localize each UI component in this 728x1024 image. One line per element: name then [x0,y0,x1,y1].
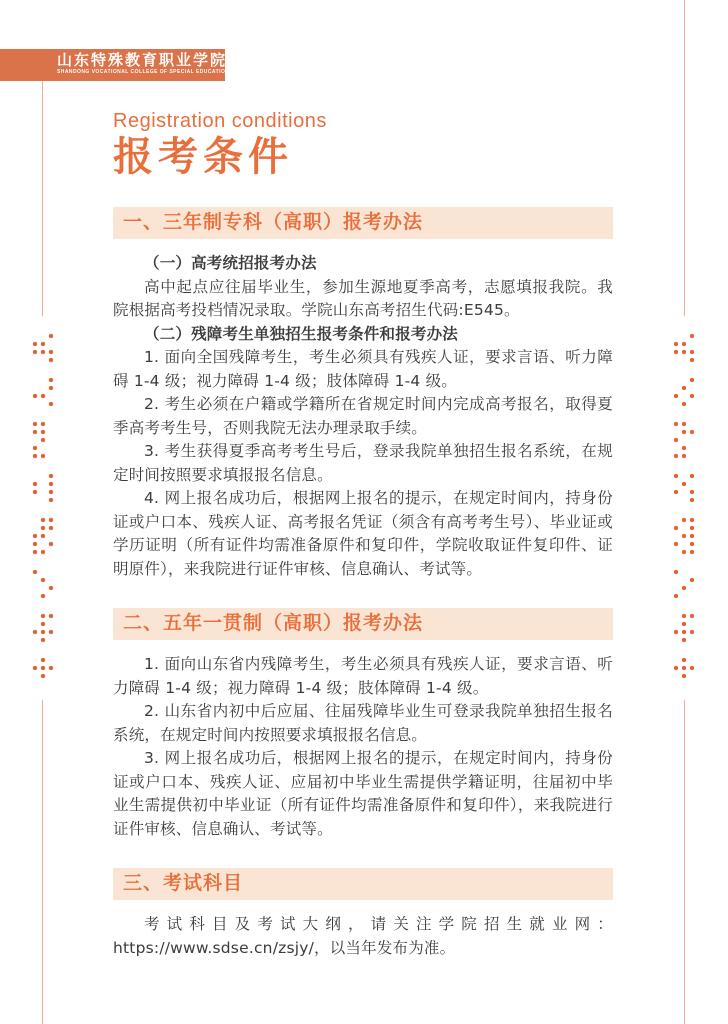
left-vertical-rule-bottom [42,700,43,1024]
college-logo-band: 山东特殊教育职业学院 SHANDONG VOCATIONAL COLLEGE O… [0,49,225,81]
braille-cluster [672,332,696,364]
section-heading: 二、五年一贯制（高职）报考办法 [113,608,613,640]
paragraph: 2. 考生必须在户籍或学籍所在省规定时间内完成高考报名，取得夏季高考考生号，否则… [113,393,613,440]
paragraph: 考试科目及考试大纲，请关注学院招生就业网：https://www.sdse.cn… [113,913,613,960]
paragraph: 3. 网上报名成功后，根据网上报名的提示，在规定时间内，持身份证或户口本、残疾人… [113,747,613,841]
braille-cluster [31,472,55,504]
braille-decoration-right [672,332,696,692]
braille-cluster [672,656,696,680]
main-content: Registration conditions 报考条件 一、三年制专科（高职）… [113,108,613,960]
paragraph: 1. 面向山东省内残障考生，考生必须具有残疾人证，要求言语、听力障碍 1-4 级… [113,653,613,700]
paragraph: 3. 考生获得夏季高考考生号后，登录我院单独招生报名系统，在规定时间按照要求填报… [113,440,613,487]
section: 三、考试科目考试科目及考试大纲，请关注学院招生就业网：https://www.s… [113,868,613,960]
page-title: 报考条件 [113,134,613,180]
braille-cluster [31,376,55,408]
braille-cluster [31,420,55,460]
section-body: 考试科目及考试大纲，请关注学院招生就业网：https://www.sdse.cn… [113,913,613,960]
page-subtitle-english: Registration conditions [113,108,613,134]
paragraph: 2. 山东省内初中后应届、往届残障毕业生可登录我院单独招生报名系统，在规定时间内… [113,700,613,747]
paragraph: 4. 网上报名成功后，根据网上报名的提示，在规定时间内，持身份证或户口本、残疾人… [113,487,613,581]
sub-heading: （一）高考统招报考办法 [113,252,613,276]
left-vertical-rule-top [42,81,43,316]
right-vertical-rule-top [684,0,685,316]
section-body: 1. 面向山东省内残障考生，考生必须具有残疾人证，要求言语、听力障碍 1-4 级… [113,653,613,841]
section: 二、五年一贯制（高职）报考办法1. 面向山东省内残障考生，考生必须具有残疾人证，… [113,608,613,841]
braille-cluster [31,516,55,556]
braille-cluster [672,516,696,556]
paragraph: 高中起点应往届毕业生，参加生源地夏季高考，志愿填报我院。我院根据高考投档情况录取… [113,276,613,323]
braille-cluster [672,612,696,644]
section-heading: 三、考试科目 [113,868,613,900]
braille-cluster [31,612,55,644]
section-heading: 一、三年制专科（高职）报考办法 [113,207,613,239]
right-vertical-rule-bottom [684,700,685,1024]
braille-cluster [672,472,696,504]
paragraph: 1. 面向全国残障考生，考生必须具有残疾人证，要求言语、听力障碍 1-4 级；视… [113,346,613,393]
sub-heading: （二）残障考生单独招生报考条件和报考办法 [113,323,613,347]
braille-cluster [31,656,55,680]
braille-decoration-left [31,332,55,692]
college-name-english: SHANDONG VOCATIONAL COLLEGE OF SPECIAL E… [57,69,219,76]
braille-cluster [672,376,696,408]
brochure-page: 山东特殊教育职业学院 SHANDONG VOCATIONAL COLLEGE O… [0,0,728,1024]
section-body: （一）高考统招报考办法高中起点应往届毕业生，参加生源地夏季高考，志愿填报我院。我… [113,252,613,581]
braille-cluster [672,568,696,600]
section: 一、三年制专科（高职）报考办法（一）高考统招报考办法高中起点应往届毕业生，参加生… [113,207,613,581]
college-name-chinese: 山东特殊教育职业学院 [57,52,219,69]
braille-cluster [31,568,55,600]
braille-cluster [31,332,55,364]
sections: 一、三年制专科（高职）报考办法（一）高考统招报考办法高中起点应往届毕业生，参加生… [113,207,613,960]
braille-cluster [672,420,696,460]
